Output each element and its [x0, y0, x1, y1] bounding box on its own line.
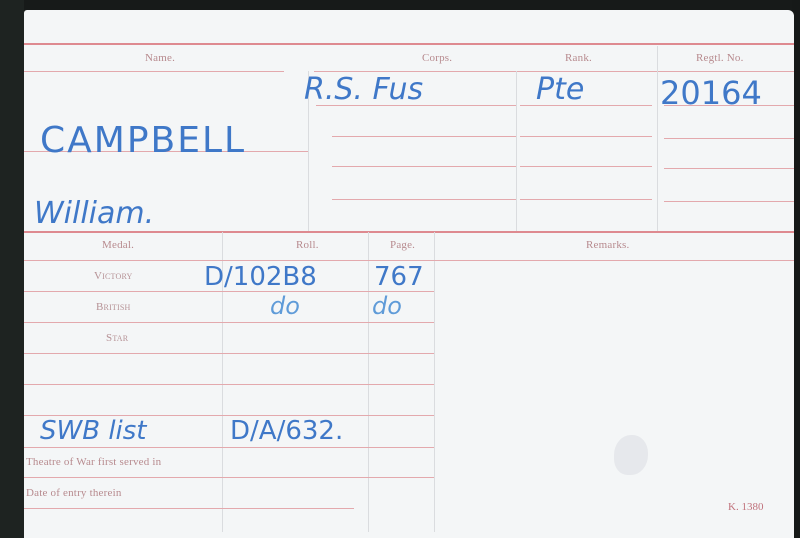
- name-header-underline: [24, 71, 284, 72]
- rank-left-divider: [516, 71, 517, 231]
- corps-line-2: [332, 136, 516, 137]
- page-left-divider: [368, 232, 369, 532]
- surname-value: CAMPBELL: [40, 120, 246, 161]
- regt-line-2: [664, 138, 794, 139]
- corps-line-4: [332, 199, 516, 200]
- regt-no-value: 20164: [660, 74, 762, 112]
- regt-left-divider: [657, 46, 658, 231]
- rank-line-3: [520, 166, 652, 167]
- medal-header-underline: [24, 260, 794, 261]
- theatre-of-war-label: Theatre of War first served in: [26, 456, 161, 468]
- page-header: Page.: [390, 239, 415, 251]
- remarks-header: Remarks.: [586, 239, 629, 251]
- header-top-rule: [24, 43, 794, 45]
- form-code: K. 1380: [728, 501, 763, 513]
- corps-line-3: [332, 166, 516, 167]
- rank-header: Rank.: [565, 52, 592, 64]
- date-of-entry-label: Date of entry therein: [26, 487, 122, 499]
- regt-line-3: [664, 168, 794, 169]
- roll-header: Roll.: [296, 239, 319, 251]
- swb-list-label: SWB list: [40, 416, 147, 446]
- victory-page-value: 767: [374, 262, 424, 292]
- medal-row-rule-4: [24, 384, 434, 385]
- medal-row-rule-7: [24, 477, 434, 478]
- rank-value: Pte: [536, 72, 584, 107]
- corps-header: Corps.: [422, 52, 452, 64]
- medal-section-rule: [24, 231, 794, 233]
- regt-line-4: [664, 201, 794, 202]
- regt-no-header: Regtl. No.: [696, 52, 744, 64]
- british-roll-value: do: [270, 292, 300, 320]
- scan-background-top: [0, 0, 800, 10]
- medal-index-card: Name. Corps. Rank. Regtl. No. R.S. Fus P…: [24, 10, 794, 538]
- medal-row-rule-6: [24, 447, 434, 448]
- corps-value: R.S. Fus: [304, 72, 423, 107]
- name-header: Name.: [145, 52, 175, 64]
- rank-line-2: [520, 136, 652, 137]
- victory-roll-value: D/102B8: [204, 262, 317, 292]
- remarks-left-divider: [434, 232, 435, 532]
- medal-label-star: Star: [106, 332, 128, 344]
- paper-stain: [614, 435, 648, 475]
- medal-label-british: British: [96, 301, 131, 313]
- medal-row-rule-8: [24, 508, 354, 509]
- swb-list-value: D/A/632.: [230, 416, 343, 446]
- medal-label-victory: Victory: [94, 270, 133, 282]
- medal-row-rule-2: [24, 322, 434, 323]
- scan-background-left: [0, 0, 24, 538]
- medal-header: Medal.: [102, 239, 134, 251]
- forename-value: William.: [34, 196, 154, 231]
- rank-line-4: [520, 199, 652, 200]
- medal-row-rule-3: [24, 353, 434, 354]
- british-page-value: do: [372, 292, 402, 320]
